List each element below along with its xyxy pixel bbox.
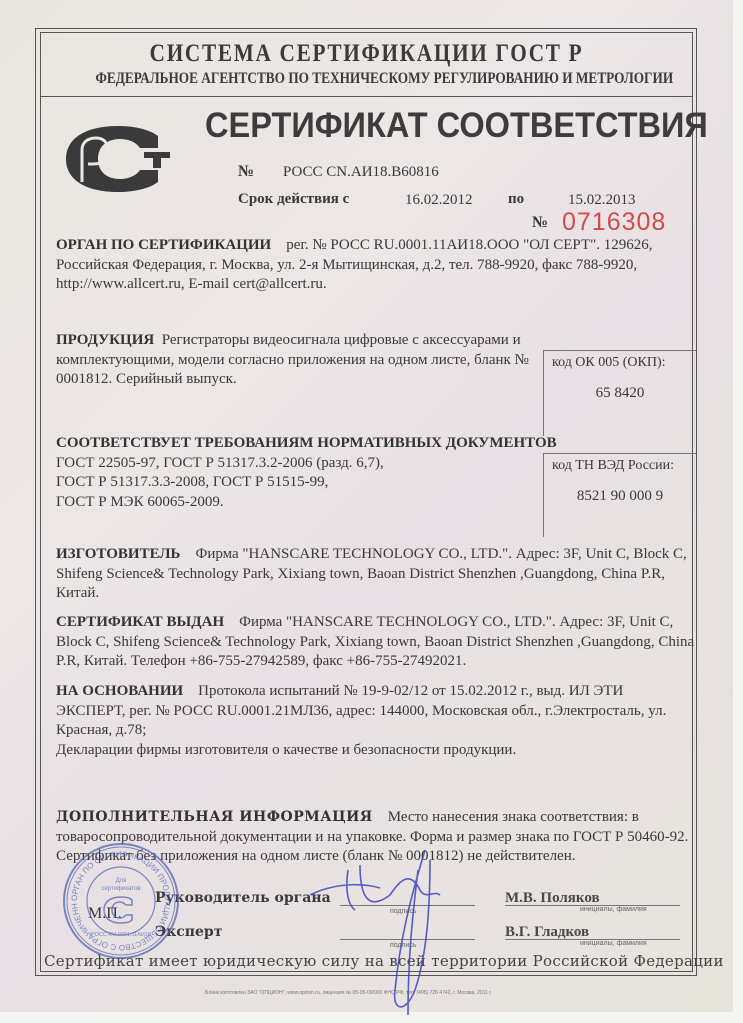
compliance-section: СООТВЕТСТВУЕТ ТРЕБОВАНИЯМ НОРМАТИВНЫХ ДО… <box>56 434 557 512</box>
valid-from: 16.02.2012 <box>405 192 473 209</box>
official-stamp-icon: ОРГАН ПО СЕРТИФИКАЦИИ ПРОДУКЦИИ ОБЩЕСТВО… <box>62 842 180 960</box>
stamp-center-text: Для <box>116 878 127 884</box>
validity-label: Срок действия с <box>238 191 349 208</box>
head-name-caption: инициалы, фамилия <box>580 906 647 913</box>
basis-section: НА ОСНОВАНИИ Протокола испытаний № 19-9-… <box>56 682 666 760</box>
issued-to-section: СЕРТИФИКАТ ВЫДАН Фирма "HANSCARE TECHNOL… <box>56 613 694 672</box>
valid-to-label: по <box>508 191 524 208</box>
manufacturer-section: ИЗГОТОВИТЕЛЬ Фирма "HANSCARE TECHNOLOGY … <box>56 545 687 604</box>
document-title: СЕРТИФИКАТ СООТВЕТСТВИЯ <box>205 106 708 146</box>
issued-to-heading: СЕРТИФИКАТ ВЫДАН <box>56 614 224 630</box>
product-heading: ПРОДУКЦИЯ <box>56 332 154 348</box>
basis-line: Декларации фирмы изготовителя о качестве… <box>56 741 666 761</box>
okp-code-label: код ОК 005 (ОКП): <box>552 355 666 371</box>
compliance-line: ГОСТ Р 51317.3.3-2008, ГОСТ Р 51515-99, <box>56 473 557 493</box>
okp-code-value: 65 8420 <box>544 385 696 402</box>
printer-imprint: Бланк изготовлен ЗАО "ОПЦИОН", www.opcio… <box>205 990 492 996</box>
stamp-center-text: сертификатов <box>101 886 140 892</box>
manufacturer-line: Китай. <box>56 584 687 604</box>
basis-heading: НА ОСНОВАНИИ <box>56 683 183 699</box>
tnved-code-value: 8521 90 000 9 <box>544 488 696 505</box>
certification-body-section: ОРГАН ПО СЕРТИФИКАЦИИ рег. № РОСС RU.000… <box>56 236 653 295</box>
basis-line: ЭКСПЕРТ, рег. № РОСС RU.0001.21МЛ36, адр… <box>56 702 666 722</box>
manufacturer-line: Фирма "HANSCARE TECHNOLOGY CO., LTD.". А… <box>195 546 686 562</box>
manufacturer-heading: ИЗГОТОВИТЕЛЬ <box>56 546 180 562</box>
blank-number: 0716308 <box>562 208 666 237</box>
tnved-code-box: код ТН ВЭД России: 8521 90 000 9 <box>543 453 696 537</box>
certification-body-line: Российская Федерация, г. Москва, ул. 2-я… <box>56 256 653 276</box>
issued-to-line: Фирма "HANSCARE TECHNOLOGY CO., LTD.". А… <box>239 614 673 630</box>
header-divider <box>40 96 692 97</box>
basis-line: Красная, д.78; <box>56 721 666 741</box>
certification-body-line: http://www.allcert.ru, E-mail cert@allce… <box>56 275 653 295</box>
product-line: 0001812. Серийный выпуск. <box>56 370 529 390</box>
blank-number-label: № <box>532 214 548 232</box>
valid-to: 15.02.2013 <box>568 192 636 209</box>
certification-body-heading: ОРГАН ПО СЕРТИФИКАЦИИ <box>56 237 271 253</box>
additional-info-line: Место нанесения знака соответствия: в <box>388 809 639 825</box>
compliance-line: ГОСТ Р МЭК 60065-2009. <box>56 493 557 513</box>
basis-line: Протокола испытаний № 19-9-02/12 от 15.0… <box>198 683 623 699</box>
additional-info-heading: ДОПОЛНИТЕЛЬНАЯ ИНФОРМАЦИЯ <box>56 809 373 825</box>
stamp-reg-text: РОСС RU.0001.11АИ18 <box>91 932 151 938</box>
agency-name: ФЕДЕРАЛЬНОЕ АГЕНТСТВО ПО ТЕХНИЧЕСКОМУ РЕ… <box>96 70 638 88</box>
expert-name-caption: инициалы, фамилия <box>580 940 647 947</box>
compliance-heading: СООТВЕТСТВУЕТ ТРЕБОВАНИЯМ НОРМАТИВНЫХ ДО… <box>56 434 557 454</box>
okp-code-box: код ОК 005 (ОКП): 65 8420 <box>543 350 696 436</box>
product-section: ПРОДУКЦИЯ Регистраторы видеосигнала цифр… <box>56 331 529 390</box>
product-line: комплектующими, модели согласно приложен… <box>56 351 529 371</box>
system-title: СИСТЕМА СЕРТИФИКАЦИИ ГОСТ Р <box>89 40 644 68</box>
cert-number-label: № <box>238 163 254 181</box>
manufacturer-line: Shifeng Science& Technology Park, Xixian… <box>56 565 687 585</box>
issued-to-line: Block C, Shifeng Science& Technology Par… <box>56 633 694 653</box>
rst-conformity-mark-icon <box>58 124 178 194</box>
product-line: Регистраторы видеосигнала цифровые с акс… <box>162 332 521 348</box>
cert-number: РОСС CN.АИ18.В60816 <box>283 164 439 181</box>
issued-to-line: P.R, Китай. Телефон +86-755-27942589, фа… <box>56 652 694 672</box>
compliance-line: ГОСТ 22505-97, ГОСТ Р 51317.3.2-2006 (ра… <box>56 454 557 474</box>
certification-body-line: рег. № РОСС RU.0001.11АИ18.ООО "ОЛ СЕРТ"… <box>286 237 652 253</box>
tnved-code-label: код ТН ВЭД России: <box>552 458 674 474</box>
